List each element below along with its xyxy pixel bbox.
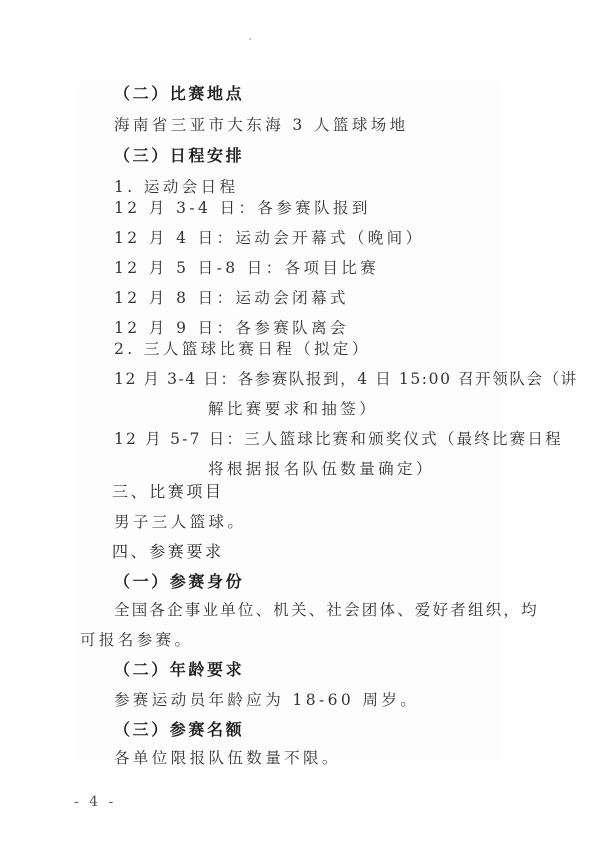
- schedule-line: 12 月 9 日：各参赛队离会: [114, 318, 349, 338]
- quota-text: 各单位限报队伍数量不限。: [114, 748, 341, 768]
- document-page: （二）比赛地点 海南省三亚市大东海 3 人篮球场地 （三）日程安排 1. 运动会…: [0, 0, 600, 848]
- heading-requirements: 四、参赛要求: [112, 542, 224, 562]
- schedule-line-continuation: 解比赛要求和抽签）: [208, 399, 378, 419]
- heading-quota: （三）参赛名额: [114, 720, 244, 740]
- schedule-item-basketball: 2. 三人篮球比赛日程（拟定）: [114, 339, 371, 359]
- schedule-line-continuation: 将根据报名队伍数量确定）: [208, 459, 435, 479]
- events-text: 男子三人篮球。: [114, 512, 246, 532]
- schedule-item-games: 1. 运动会日程: [114, 177, 238, 197]
- schedule-line: 12 月 4 日：运动会开幕式（晚间）: [114, 228, 424, 248]
- identity-text: 全国各企事业单位、机关、社会团体、爱好者组织，均: [114, 600, 539, 620]
- heading-schedule: （三）日程安排: [114, 146, 244, 166]
- heading-events: 三、比赛项目: [112, 482, 224, 502]
- scan-speck: [249, 38, 251, 40]
- age-text: 参赛运动员年龄应为 18-60 周岁。: [114, 690, 419, 710]
- heading-venue: （二）比赛地点: [114, 84, 244, 104]
- heading-identity: （一）参赛身份: [114, 572, 244, 592]
- venue-text: 海南省三亚市大东海 3 人篮球场地: [114, 115, 409, 135]
- schedule-line: 12 月 5 日-8 日：各项目比赛: [114, 258, 379, 278]
- heading-age: （二）年龄要求: [114, 660, 244, 680]
- schedule-line: 12 月 8 日：运动会闭幕式: [114, 288, 349, 308]
- identity-text-continuation: 可报名参赛。: [80, 630, 193, 650]
- schedule-line: 12 月 3-4 日：各参赛队报到: [114, 198, 371, 218]
- page-number: - 4 -: [74, 794, 116, 810]
- schedule-line: 12 月 3-4 日：各参赛队报到，4 日 15:00 召开领队会（讲: [114, 369, 578, 389]
- schedule-line: 12 月 5-7 日：三人篮球比赛和颁奖仪式（最终比赛日程: [114, 429, 563, 449]
